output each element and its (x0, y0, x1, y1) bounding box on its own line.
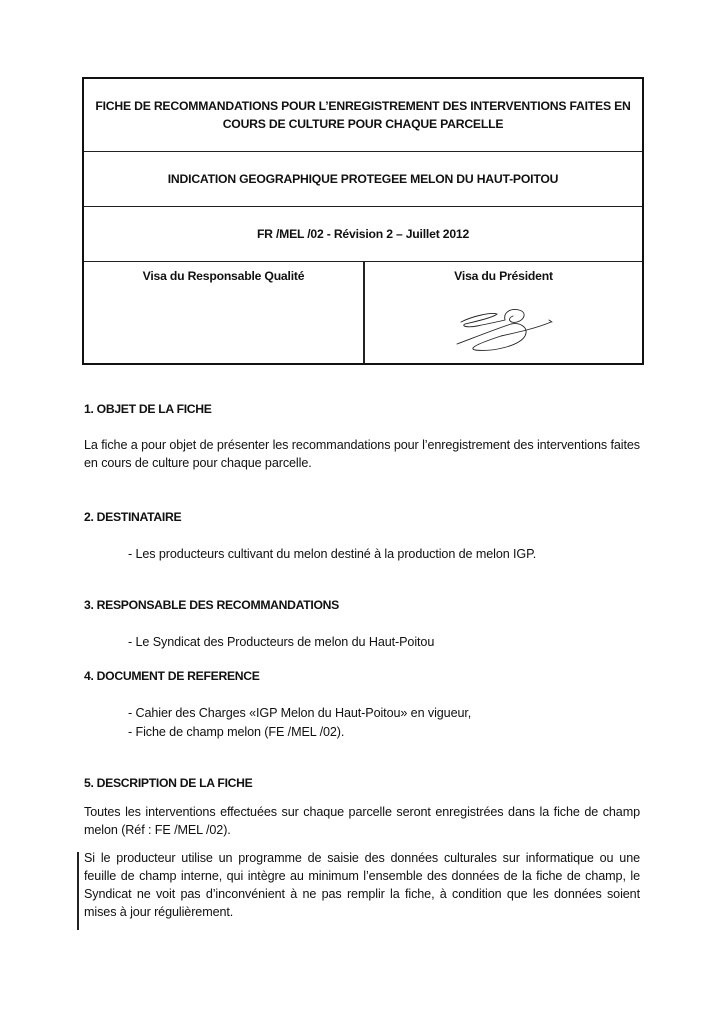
signature-icon (453, 304, 558, 359)
document-title-line-1: FICHE DE RECOMMANDATIONS POUR L’ENREGIST… (95, 99, 630, 113)
header-table: FICHE DE RECOMMANDATIONS POUR L’ENREGIST… (82, 77, 644, 365)
section-2-bullet: - Les producteurs cultivant du melon des… (128, 545, 536, 563)
visa-president-cell: Visa du Président (365, 262, 642, 363)
document-title-line-2: COURS DE CULTURE POUR CHAQUE PARCELLE (223, 117, 504, 131)
document-title: FICHE DE RECOMMANDATIONS POUR L’ENREGIST… (84, 79, 642, 152)
section-4-title: 4. DOCUMENT DE REFERENCE (84, 669, 260, 683)
document-page: FICHE DE RECOMMANDATIONS POUR L’ENREGIST… (0, 0, 724, 1024)
section-3-bullet: - Le Syndicat des Producteurs de melon d… (128, 633, 434, 651)
section-5-title: 5. DESCRIPTION DE LA FICHE (84, 776, 252, 790)
revision-change-bar (77, 852, 79, 930)
document-subtitle: INDICATION GEOGRAPHIQUE PROTEGEE MELON D… (84, 152, 642, 207)
section-1-title: 1. OBJET DE LA FICHE (84, 402, 212, 416)
section-2-title: 2. DESTINATAIRE (84, 510, 181, 524)
section-5-paragraph-1: Toutes les interventions effectuées sur … (84, 803, 640, 839)
section-1-paragraph: La fiche a pour objet de présenter les r… (84, 436, 640, 472)
visa-quality-cell: Visa du Responsable Qualité (84, 262, 365, 363)
section-4-bullet-2: - Fiche de champ melon (FE /MEL /02). (128, 723, 344, 741)
document-reference: FR /MEL /02 - Révision 2 – Juillet 2012 (84, 207, 642, 262)
section-5-paragraph-2: Si le producteur utilise un programme de… (84, 849, 640, 921)
visa-row: Visa du Responsable Qualité Visa du Prés… (84, 262, 642, 363)
visa-quality-label: Visa du Responsable Qualité (84, 269, 363, 283)
section-4-bullet-1: - Cahier des Charges «IGP Melon du Haut-… (128, 704, 471, 722)
visa-president-label: Visa du Président (365, 269, 642, 283)
section-3-title: 3. RESPONSABLE DES RECOMMANDATIONS (84, 598, 339, 612)
